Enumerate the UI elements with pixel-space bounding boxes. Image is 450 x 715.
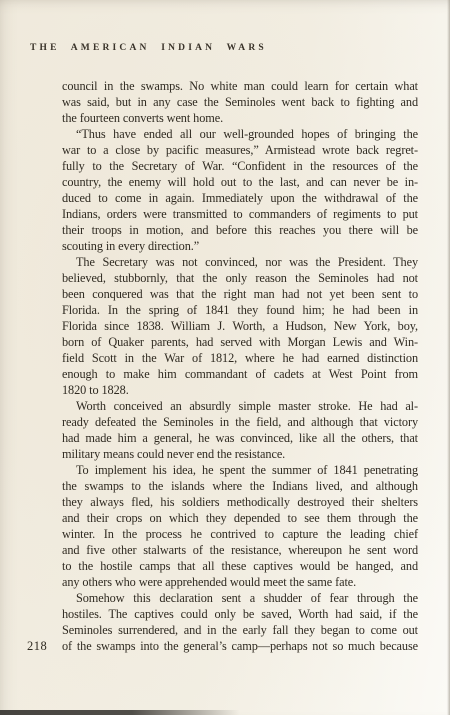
text-line: born of Quaker parents, had served with … [62,334,418,350]
page-edge-bottom-shadow [0,710,240,715]
text-line: their troops in motion, and before this … [62,222,418,238]
paragraph: To implement his idea, he spent the summ… [62,462,418,590]
text-line: Florida since 1838. William J. Worth, a … [62,318,418,334]
text-line: and their crops on which they depended t… [62,510,418,526]
text-line: to the hostile camps that all these capt… [62,558,418,574]
text-line: the swamps to the islands where the Indi… [62,478,418,494]
paragraph: Somehow this declaration sent a shudder … [62,590,418,654]
text-line: Somehow this declaration sent a shudder … [62,590,418,606]
text-line: military means could never end the resis… [62,446,418,462]
text-line: council in the swamps. No white man coul… [62,78,418,94]
text-line: winter. In the process he contrived to c… [62,526,418,542]
text-line: enough to make him commandant of cadets … [62,366,418,382]
text-line: was said, but in any case the Seminoles … [62,94,418,110]
text-line: duced to come in again. Immediately upon… [62,190,418,206]
text-line: “Thus have ended all our well-grounded h… [62,126,418,142]
text-line: fully to the Secretary of War. “Confiden… [62,158,418,174]
text-line: been conquered was that the right man ha… [62,286,418,302]
text-line: field Scott in the War of 1812, where he… [62,350,418,366]
text-line: and five other stalwarts of the resistan… [62,542,418,558]
text-line: Indians, orders were transmitted to comm… [62,206,418,222]
text-line: the fourteen converts went home. [62,110,418,126]
text-line: The Secretary was not convinced, nor was… [62,254,418,270]
text-line: ready defeated the Seminoles in the fiel… [62,414,418,430]
text-line: Seminoles surrendered, and in the early … [62,622,418,638]
text-line: believed, stubbornly, that the only reas… [62,270,418,286]
text-line: war to a close by pacific measures,” Arm… [62,142,418,158]
paragraph: council in the swamps. No white man coul… [62,78,418,126]
text-line: To implement his idea, he spent the summ… [62,462,418,478]
text-line: they always fled, his soldiers methodica… [62,494,418,510]
text-line: scouting in every direction.” [62,238,418,254]
running-head: THE AMERICAN INDIAN WARS [30,43,267,53]
text-block: council in the swamps. No white man coul… [62,78,418,654]
paragraph: The Secretary was not convinced, nor was… [62,254,418,398]
text-line: country, the enemy will hold out to the … [62,174,418,190]
book-page: THE AMERICAN INDIAN WARS council in the … [0,0,450,715]
paragraph: Worth conceived an absurdly simple maste… [62,398,418,462]
text-line: Florida. In the spring of 1841 they foun… [62,302,418,318]
text-line: Worth conceived an absurdly simple maste… [62,398,418,414]
paragraph: “Thus have ended all our well-grounded h… [62,126,418,254]
text-line: any others who were apprehended would me… [62,574,418,590]
text-line: hostiles. The captives could only be sav… [62,606,418,622]
page-number: 218 [27,638,47,654]
text-line: 1820 to 1828. [62,382,418,398]
text-line: had made him a general, he was convinced… [62,430,418,446]
text-line: of the swamps into the general’s camp—pe… [62,638,418,654]
